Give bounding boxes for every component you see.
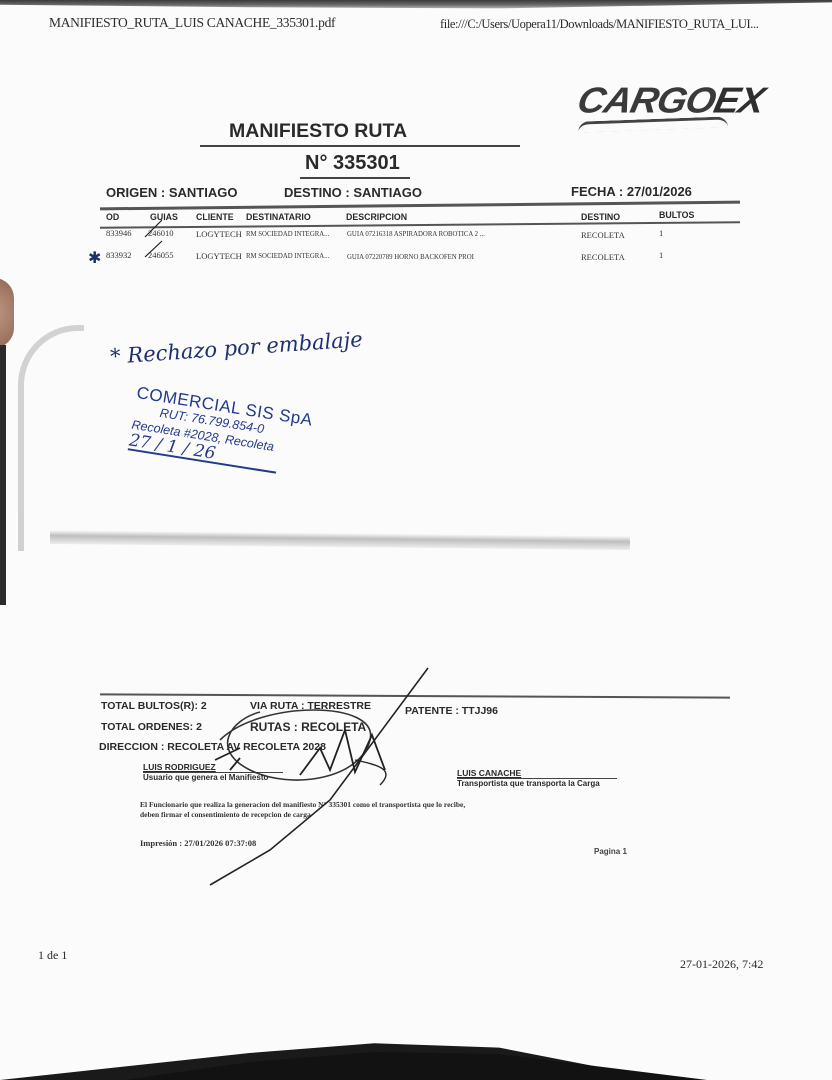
- cell-cliente: LOGYTECH: [196, 251, 242, 261]
- paper-fold: [50, 530, 630, 550]
- meta-divider: [100, 201, 740, 211]
- paper-fold-curve: [18, 325, 84, 551]
- cell-destino: RECOLETA: [581, 230, 625, 240]
- origen-field: ORIGEN : SANTIAGO: [106, 185, 237, 200]
- table-header-divider: [100, 221, 740, 228]
- cell-destino: RECOLETA: [581, 252, 625, 262]
- pdf-file-name: MANIFIESTO_RUTA_LUIS CANACHE_335301.pdf: [49, 15, 335, 31]
- col-header-destino: DESTINO: [581, 212, 620, 222]
- document-page: MANIFIESTO_RUTA_LUIS CANACHE_335301.pdf …: [0, 0, 832, 1080]
- footer-divider: [100, 693, 730, 698]
- number-underline: [300, 177, 410, 179]
- carrier-role: Transportista que transporta la Carga: [457, 778, 617, 788]
- carrier-name: LUIS CANACHE: [457, 768, 521, 778]
- col-header-guias: GUIAS: [150, 212, 178, 222]
- legal-line-2: deben firmar el consentimiento de recepc…: [140, 810, 465, 820]
- rutas: RUTAS : RECOLETA: [250, 720, 366, 734]
- cell-cliente: LOGYTECH: [196, 229, 242, 239]
- cell-descripcion: GUIA 07216318 ASPIRADORA ROBOTICA 2 ...: [347, 231, 485, 238]
- cell-destinatario: RM SOCIEDAD INTEGRA...: [246, 231, 329, 238]
- total-ordenes: TOTAL ORDENES: 2: [101, 721, 202, 733]
- cell-bultos: 1: [659, 228, 663, 238]
- logo-text-ex: EX: [710, 81, 767, 121]
- cell-destinatario: RM SOCIEDAD INTEGRA...: [246, 253, 329, 260]
- cell-bultos: 1: [659, 250, 663, 260]
- destino-field: DESTINO : SANTIAGO: [284, 185, 422, 200]
- legal-line-1: El Funcionario que realiza la generacion…: [140, 800, 465, 810]
- patente: PATENTE : TTJJ96: [405, 705, 498, 717]
- page-shadow-top: [0, 0, 832, 12]
- total-bultos: TOTAL BULTOS(R): 2: [101, 700, 207, 712]
- col-header-cliente: CLIENTE: [196, 212, 234, 222]
- generator-role: Usuario que genera el Manifiesto: [143, 772, 283, 782]
- col-header-od: OD: [106, 212, 119, 222]
- via-ruta: VIA RUTA : TERRESTRE: [250, 700, 371, 712]
- col-header-destinatario: DESTINATARIO: [246, 212, 311, 222]
- handwritten-rejection-note: * Rechazo por embalaje: [109, 327, 363, 369]
- print-datetime: 27-01-2026, 7:42: [680, 957, 763, 972]
- fecha-field: FECHA : 27/01/2026: [571, 184, 692, 199]
- cargoex-logo: CARGOEX: [574, 81, 768, 122]
- cell-od: 833946: [106, 228, 132, 238]
- page-count: 1 de 1: [38, 948, 67, 963]
- direccion: DIRECCION : RECOLETA AV RECOLETA 2028: [99, 741, 326, 753]
- col-header-descripcion: DESCRIPCION: [346, 212, 407, 222]
- cell-guias: 246055: [148, 250, 174, 260]
- row-mark-asterisk-icon: ✱: [88, 248, 101, 268]
- title-underline: [200, 145, 520, 147]
- page-label: Pagina 1: [594, 847, 627, 856]
- document-title: MANIFIESTO RUTA: [229, 120, 407, 143]
- generator-name: LUIS RODRIGUEZ: [143, 762, 216, 772]
- cell-descripcion: GUIA 07220789 HORNO BACKOFEN PROI: [347, 254, 474, 261]
- print-timestamp: Impresión : 27/01/2026 07:37:08: [140, 838, 256, 848]
- manifest-number: N° 335301: [305, 152, 400, 175]
- company-stamp: COMERCIAL SIS SpA RUT: 76.799.854-0 Reco…: [128, 385, 314, 478]
- photo-background-edge: [0, 345, 6, 605]
- col-header-bultos: BULTOS: [659, 210, 694, 220]
- pdf-file-url: file:///C:/Users/Uopera11/Downloads/MANI…: [440, 17, 758, 32]
- cell-od: 833932: [106, 250, 132, 260]
- legal-notice: El Funcionario que realiza la generacion…: [140, 800, 465, 820]
- cell-guias: 246010: [148, 228, 174, 238]
- logo-text-cargo: CARGO: [574, 81, 719, 121]
